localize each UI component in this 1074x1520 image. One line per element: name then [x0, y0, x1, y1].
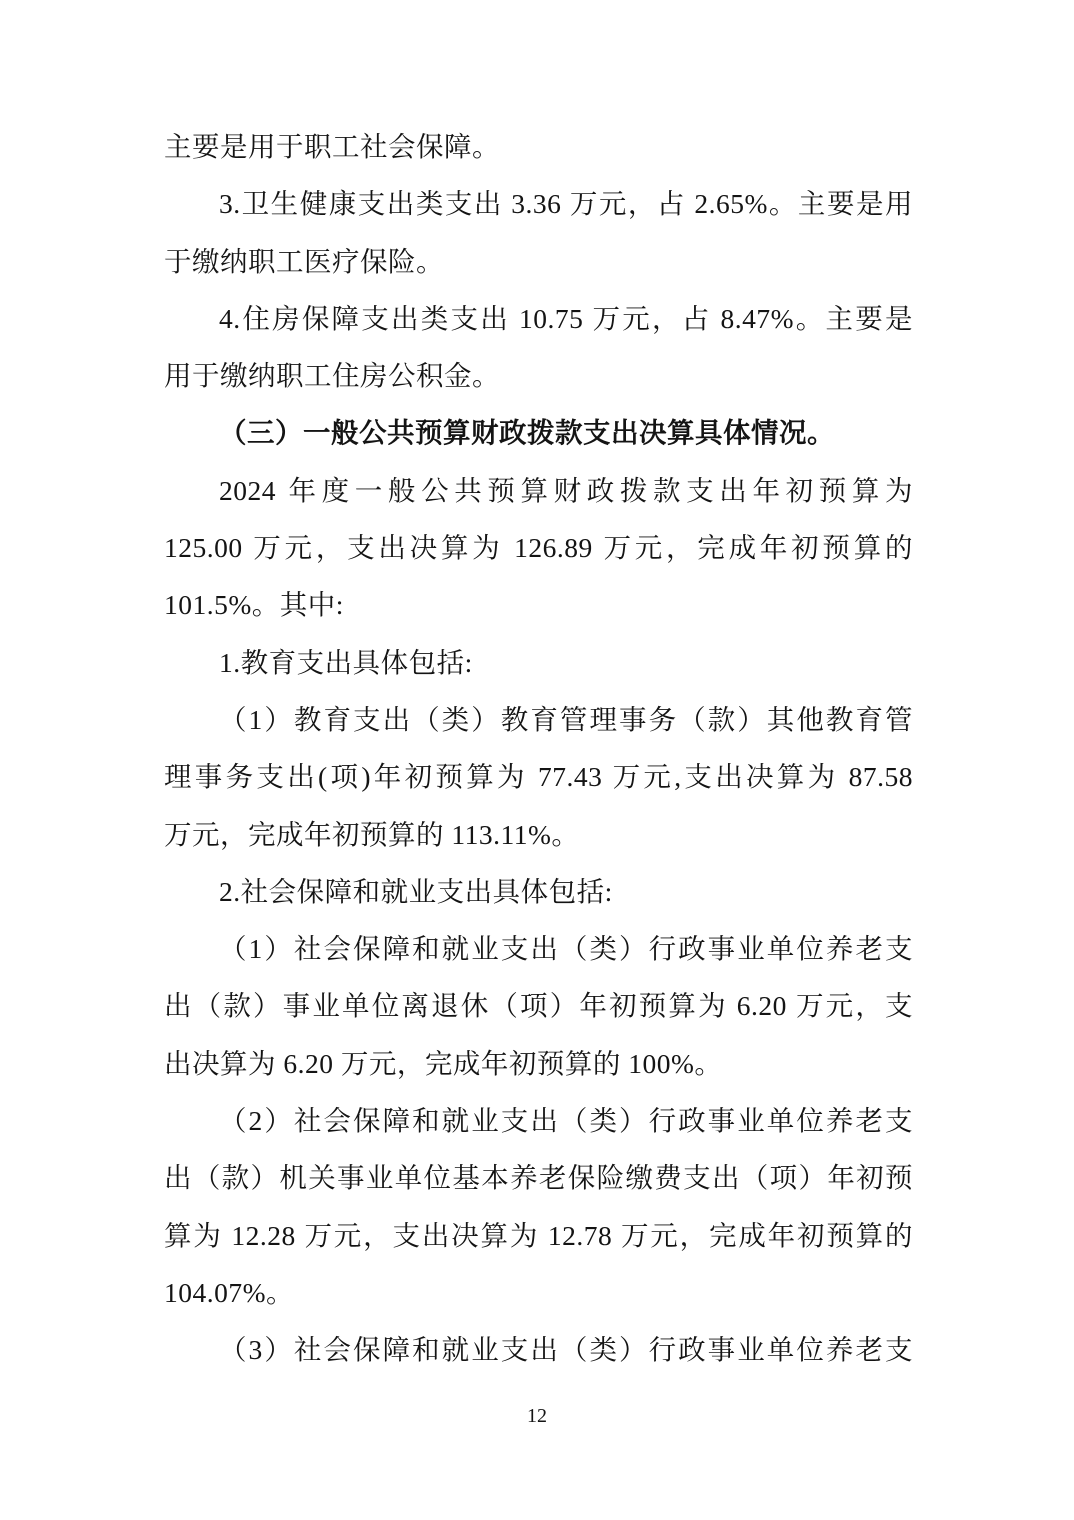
text-line: 2.社会保障和就业支出具体包括: [164, 863, 913, 920]
text-line: 算为 12.28 万元，支出决算为 12.78 万元，完成年初预算的 [164, 1207, 913, 1264]
text-line: 125.00 万元，支出决算为 126.89 万元，完成年初预算的 [164, 519, 913, 576]
text-line: 用于缴纳职工住房公积金。 [164, 347, 913, 404]
text-line: 万元，完成年初预算的 113.11%。 [164, 806, 913, 863]
section-heading: （三）一般公共预算财政拨款支出决算具体情况。 [164, 404, 913, 461]
document-page: 主要是用于职工社会保障。 3.卫生健康支出类支出 3.36 万元，占 2.65%… [0, 0, 1074, 1520]
text-line: 3.卫生健康支出类支出 3.36 万元，占 2.65%。主要是用 [164, 175, 913, 232]
text-line: 主要是用于职工社会保障。 [164, 118, 913, 175]
text-line: （1）社会保障和就业支出（类）行政事业单位养老支 [164, 920, 913, 977]
text-line: 理事务支出(项)年初预算为 77.43 万元,支出决算为 87.58 [164, 748, 913, 805]
text-line: （2）社会保障和就业支出（类）行政事业单位养老支 [164, 1092, 913, 1149]
text-line: 2024 年度一般公共预算财政拨款支出年初预算为 [164, 462, 913, 519]
page-number: 12 [0, 1402, 1074, 1430]
text-line: （3）社会保障和就业支出（类）行政事业单位养老支 [164, 1321, 913, 1378]
text-line: 出（款）事业单位离退休（项）年初预算为 6.20 万元，支 [164, 977, 913, 1034]
text-line: 出（款）机关事业单位基本养老保险缴费支出（项）年初预 [164, 1149, 913, 1206]
text-line: 101.5%。其中: [164, 576, 913, 633]
text-line: 1.教育支出具体包括: [164, 634, 913, 691]
text-line: 于缴纳职工医疗保险。 [164, 233, 913, 290]
text-line: 出决算为 6.20 万元，完成年初预算的 100%。 [164, 1035, 913, 1092]
text-line: 4.住房保障支出类支出 10.75 万元，占 8.47%。主要是 [164, 290, 913, 347]
text-line: 104.07%。 [164, 1264, 913, 1321]
document-body: 主要是用于职工社会保障。 3.卫生健康支出类支出 3.36 万元，占 2.65%… [164, 118, 913, 1379]
text-line: （1）教育支出（类）教育管理事务（款）其他教育管 [164, 691, 913, 748]
